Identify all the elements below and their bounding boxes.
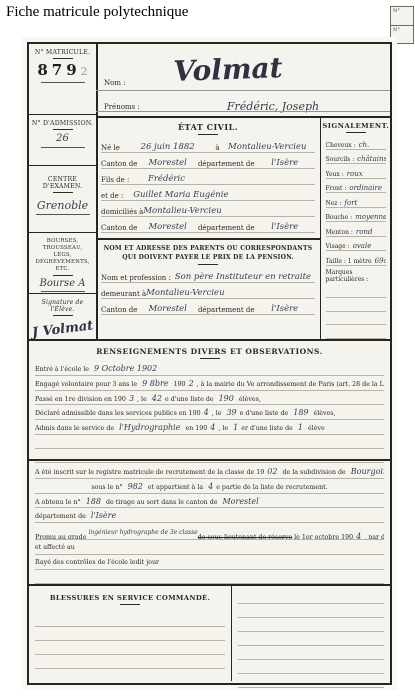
blank-rule — [35, 570, 384, 584]
demeurant-value: Montalieu-Vercieu — [146, 288, 224, 298]
visage-value: ovale — [353, 242, 372, 250]
page: Fiche matricule polytechnique N° N° N° M… — [0, 0, 415, 697]
bottom-section: BLESSURES EN SERVICE COMMANDÉ. — [29, 584, 390, 681]
bourses-label-line1: BOURSES, TROUSSEAU, — [29, 238, 96, 252]
visage-label: Visage : — [326, 243, 350, 250]
signalement-row-yeux: Yeux : roux — [326, 164, 387, 179]
canton-row: Canton de Morestel département de l'Isèr… — [101, 153, 315, 169]
divider-dash — [53, 129, 73, 130]
parent-departement-label: département de — [198, 306, 255, 314]
departement-line: département de l'Isère — [35, 508, 384, 523]
rule-line — [41, 147, 85, 148]
divider-dash — [53, 58, 73, 59]
blank-rule — [238, 618, 384, 632]
blank-rule — [238, 674, 384, 688]
renseignements-section: RENSEIGNEMENTS DIVERS ET OBSERVATIONS. E… — [29, 339, 390, 459]
fils-de-label: Fils de : — [101, 176, 129, 184]
admission-cell: N° D'ADMISSION. 26 — [29, 115, 96, 166]
admission-label: N° D'ADMISSION. — [29, 115, 96, 127]
nez-label: Nez : — [326, 200, 342, 207]
sourcils-label: Sourcils : — [326, 156, 355, 163]
parent-residence-row: demeurant à Montalieu-Vercieu — [101, 283, 315, 299]
father-name: Frédéric — [129, 174, 203, 184]
divider-dash — [346, 132, 366, 133]
centre-examen-cell: CENTRE D'EXAMEN. Grenoble — [29, 166, 96, 233]
blank-rule — [238, 590, 384, 604]
departement2-value: l'Isère — [254, 222, 315, 232]
parents-title-line2: QUI DOIVENT PAYER LE PRIX DE LA PENSION. — [96, 254, 320, 263]
signature-cell: Signature de l'Élève. J Volmat — [29, 294, 96, 339]
bouche-value: moyenne — [355, 213, 386, 221]
parent-canton-value: Morestel — [137, 304, 198, 314]
marques-label: Marques particulières : — [326, 269, 387, 283]
matricule-number-pencil: 2 — [81, 65, 88, 78]
matricule-number: 8792 — [29, 61, 96, 81]
divider-dash — [198, 134, 218, 135]
blank-rule — [238, 646, 384, 660]
signalement-row-front: Front : ordinaire — [326, 179, 387, 194]
mother-name: Guillet Maria Eugénie — [123, 190, 238, 200]
corner-cell-2: N° — [391, 26, 413, 44]
blessures-title: BLESSURES EN SERVICE COMMANDÉ. — [29, 586, 231, 602]
menton-label: Menton : — [326, 229, 353, 236]
admission-value: 26 — [29, 132, 96, 146]
canton-row-2: Canton de Morestel département de l'Isèr… — [101, 217, 315, 233]
blank-rule — [238, 632, 384, 646]
promu-grade-line: Promu au grade ingénieur hydrographe de … — [35, 523, 384, 540]
nom-profession-label: Nom et profession : — [101, 274, 171, 282]
entree-ecole-line: Entré à l'école le 9 Octobre 1902 — [35, 361, 384, 376]
yeux-value: roux — [347, 170, 363, 178]
page-title: Fiche matricule polytechnique — [6, 4, 188, 21]
signalement-row-visage: Visage : ovale — [326, 237, 387, 252]
canton-value: Morestel — [137, 158, 198, 168]
admis-service-line: Admis dans le service de l'Hydrographie … — [35, 420, 384, 435]
blank-rule — [35, 627, 225, 641]
centre-examen-label: CENTRE D'EXAMEN. — [29, 166, 96, 190]
divider-dash — [53, 275, 73, 276]
identity-block: Nom : Volmat Prénoms : Frédéric, Joseph — [96, 44, 390, 118]
birth-row: Né le 26 juin 1882 à Montalieu-Vercieu — [101, 137, 315, 153]
canton2-label: Canton de — [101, 224, 137, 232]
blank-rule — [35, 435, 384, 449]
nom-profession-value: Son père Instituteur en retraite — [171, 272, 315, 282]
bouche-label: Bouche : — [326, 214, 353, 221]
corner-note-box: N° N° — [390, 6, 414, 44]
prenoms-label: Prénoms : — [104, 103, 140, 111]
signalement-title: SIGNALEMENT. — [322, 116, 391, 130]
bourses-value-line1: Bourse A — [29, 278, 96, 290]
canton-label: Canton de — [101, 160, 137, 168]
demeurant-label: demeurant à — [101, 290, 146, 298]
nom-row: Nom : Volmat — [96, 44, 390, 91]
signalement-row-menton: Menton : rond — [326, 222, 387, 237]
blank-rule — [326, 325, 387, 339]
rule-line — [36, 214, 90, 215]
mother-row: et de : Guillet Maria Eugénie — [101, 185, 315, 201]
birth-place: Montalieu-Vercieu — [220, 142, 315, 152]
blank-rule — [326, 285, 387, 299]
etat-civil-column: ÉTAT CIVIL. Né le 26 juin 1882 à Montali… — [96, 116, 321, 339]
rule-line — [96, 111, 390, 112]
nom-value: Volmat — [95, 45, 360, 94]
departement-value: l'Isère — [254, 158, 315, 168]
left-column: N° MATRICULE. 8792 N° D'ADMISSION. 26 CE… — [29, 44, 98, 339]
matricule-document: N° MATRICULE. 8792 N° D'ADMISSION. 26 CE… — [27, 42, 392, 685]
divider-dash — [53, 192, 73, 193]
notes-box — [232, 586, 390, 681]
front-label: Front : — [326, 185, 347, 192]
ne-le-label: Né le — [101, 144, 120, 152]
engage-volontaire-line: Engagé volontaire pour 3 ans le 9 8bre 1… — [35, 376, 384, 391]
rule-line — [41, 291, 85, 292]
matricule-cell: N° MATRICULE. 8792 — [29, 44, 96, 115]
registre-matricule-line: A été inscrit sur le registre matricule … — [35, 464, 384, 479]
residence-row: domiciliés à Montalieu-Vercieu — [101, 201, 315, 217]
numero-partie-line: sous le n° 982 et appartient à la 4e par… — [35, 479, 384, 494]
signalement-row-cheveux: Cheveux : ch. — [326, 135, 387, 150]
prenoms-row: Prénoms : Frédéric, Joseph — [96, 91, 390, 115]
signature-label: Signature de l'Élève. — [29, 294, 96, 313]
nez-value: fort — [344, 199, 357, 207]
corner-cell-1: N° — [391, 7, 413, 26]
divider-dash — [198, 264, 218, 265]
centre-examen-value: Grenoble — [29, 199, 96, 213]
student-signature: J Volmat — [31, 318, 94, 339]
blank-rule — [326, 298, 387, 312]
parent-profession-row: Nom et profession : Son père Instituteur… — [101, 267, 315, 283]
matricule-number-stamp: 879 — [37, 61, 80, 79]
parents-title: NOM ET ADRESSE DES PARENTS OU CORRESPOND… — [96, 240, 320, 262]
divider-dash — [53, 315, 73, 316]
departement2-label: département de — [198, 224, 255, 232]
affecte-au-line: et affecté au — [35, 540, 384, 555]
rule-line — [41, 82, 85, 83]
residence-value: Montalieu-Vercieu — [143, 206, 221, 216]
matricule-label: N° MATRICULE. — [29, 44, 96, 56]
cheveux-value: ch. — [359, 141, 370, 149]
bourses-label-line2: LEGS, DÉGRÈVEMENTS, ETC. — [29, 252, 96, 273]
recrutement-section: A été inscrit sur le registre matricule … — [29, 459, 390, 584]
admissible-line: Déclaré admissible dans les services pub… — [35, 405, 384, 420]
front-value: ordinaire — [349, 184, 382, 192]
cheveux-label: Cheveux : — [326, 142, 356, 149]
canton2-value: Morestel — [137, 222, 198, 232]
premiere-division-line: Passé en 1re division en 1903, le 42e d'… — [35, 391, 384, 406]
signalement-row-bouche: Bouche : moyenne — [326, 208, 387, 223]
bourses-label: BOURSES, TROUSSEAU, LEGS, DÉGRÈVEMENTS, … — [29, 233, 96, 273]
divider-dash — [200, 358, 220, 359]
blessures-box: BLESSURES EN SERVICE COMMANDÉ. — [29, 586, 232, 681]
parents-block: NOM ET ADRESSE DES PARENTS OU CORRESPOND… — [96, 238, 320, 315]
menton-value: rond — [356, 228, 373, 236]
blank-rule — [238, 660, 384, 674]
blank-rule — [238, 604, 384, 618]
raye-controles-line: Rayé des contrôles de l'école ledit jour — [35, 555, 384, 570]
yeux-label: Yeux : — [326, 171, 344, 178]
divider-dash — [120, 604, 140, 605]
parent-departement-value: l'Isère — [254, 304, 315, 314]
father-row: Fils de : Frédéric — [101, 169, 315, 185]
bourses-cell: BOURSES, TROUSSEAU, LEGS, DÉGRÈVEMENTS, … — [29, 233, 96, 294]
et-de-label: et de : — [101, 192, 123, 200]
departement-label: département de — [198, 160, 255, 168]
etat-civil-title: ÉTAT CIVIL. — [96, 116, 320, 132]
signalement-row-taille: Taille : 1 mètre 69 cent. — [326, 251, 387, 266]
blank-rule — [35, 655, 225, 669]
tirage-au-sort-line: A obtenu le n° 188 de tirage au sort dan… — [35, 494, 384, 509]
sourcils-value: châtains — [357, 155, 386, 163]
domicilies-label: domiciliés à — [101, 208, 143, 216]
signalement-row-nez: Nez : fort — [326, 193, 387, 208]
parent-canton-label: Canton de — [101, 306, 137, 314]
blank-rule — [35, 641, 225, 655]
birth-date: 26 juin 1882 — [120, 142, 215, 152]
parent-canton-row: Canton de Morestel département de l'Isèr… — [101, 299, 315, 315]
blank-rule — [35, 613, 225, 627]
blank-rule — [326, 312, 387, 326]
renseignements-title: RENSEIGNEMENTS DIVERS ET OBSERVATIONS. — [29, 341, 390, 356]
signalement-column: SIGNALEMENT. Cheveux : ch. Sourcils : ch… — [322, 116, 391, 339]
signalement-row-sourcils: Sourcils : châtains — [326, 150, 387, 165]
parents-title-line1: NOM ET ADRESSE DES PARENTS OU CORRESPOND… — [96, 245, 320, 254]
